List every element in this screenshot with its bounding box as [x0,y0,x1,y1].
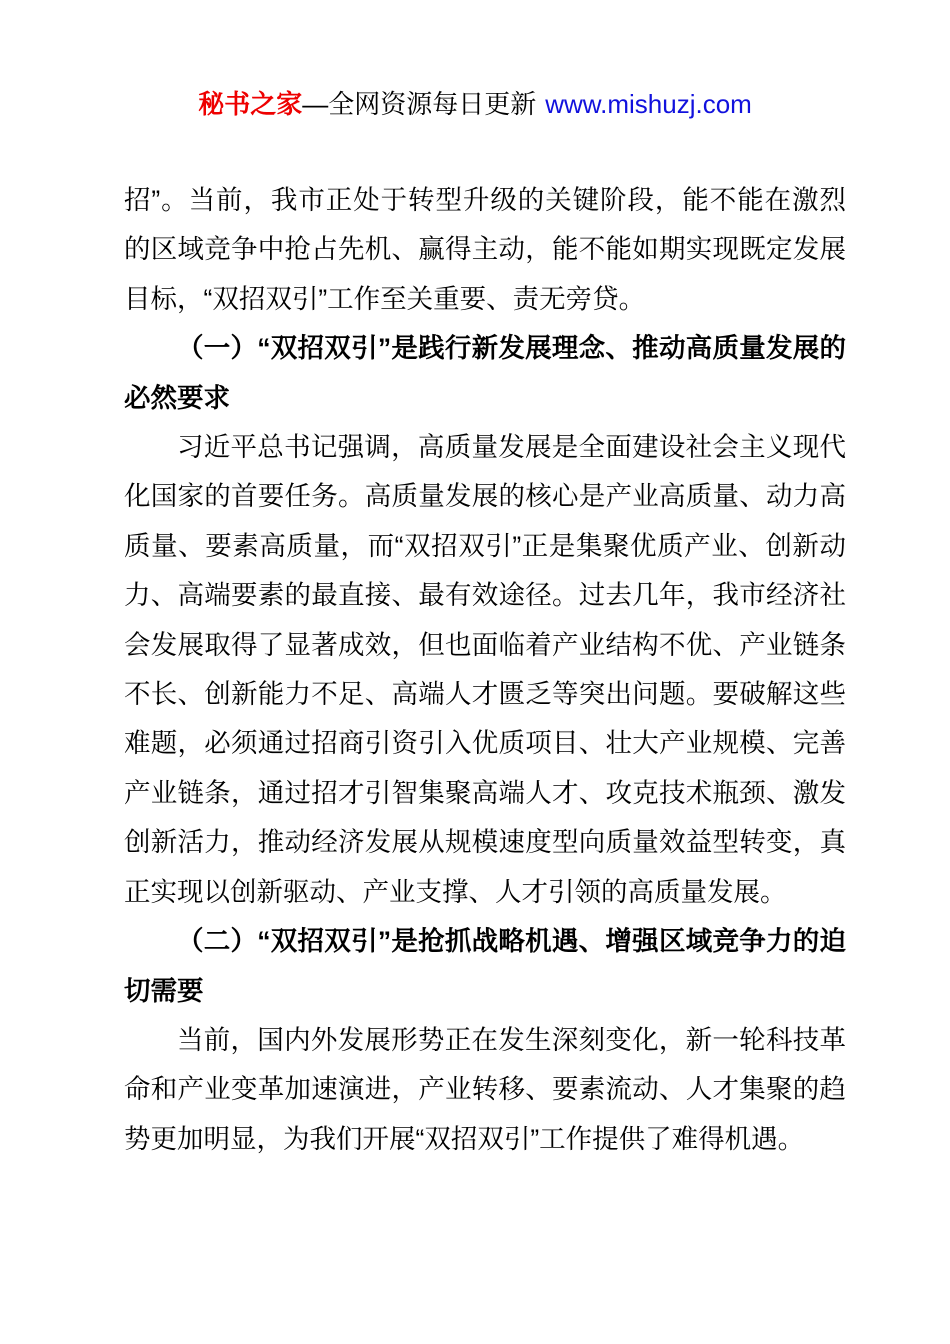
header-dash: — [302,89,328,119]
site-name-text: 秘书之家 [198,89,302,119]
section-heading-two: （二）“双招双引”是抢抓战略机遇、增强区域竞争力的迫切需要 [124,917,846,1016]
paragraph-continued: 招”。当前，我市正处于转型升级的关键阶段，能不能在激烈的区域竞争中抢占先机、赢得… [124,176,846,324]
document-page: 秘书之家—全网资源每日更新www.mishuzj.com 招”。当前，我市正处于… [0,0,950,1344]
header-url-link[interactable]: www.mishuzj.com [545,89,752,119]
document-body: 招”。当前，我市正处于转型升级的关键阶段，能不能在激烈的区域竞争中抢占先机、赢得… [124,176,846,1164]
paragraph-body: 当前，国内外发展形势正在发生深刻变化，新一轮科技革命和产业变革加速演进，产业转移… [124,1016,846,1164]
header-tagline: 全网资源每日更新 [328,89,536,119]
section-heading-one: （一）“双招双引”是践行新发展理念、推动高质量发展的必然要求 [124,324,846,423]
paragraph-body: 习近平总书记强调，高质量发展是全面建设社会主义现代化国家的首要任务。高质量发展的… [124,423,846,917]
document-header: 秘书之家—全网资源每日更新www.mishuzj.com [0,88,950,120]
